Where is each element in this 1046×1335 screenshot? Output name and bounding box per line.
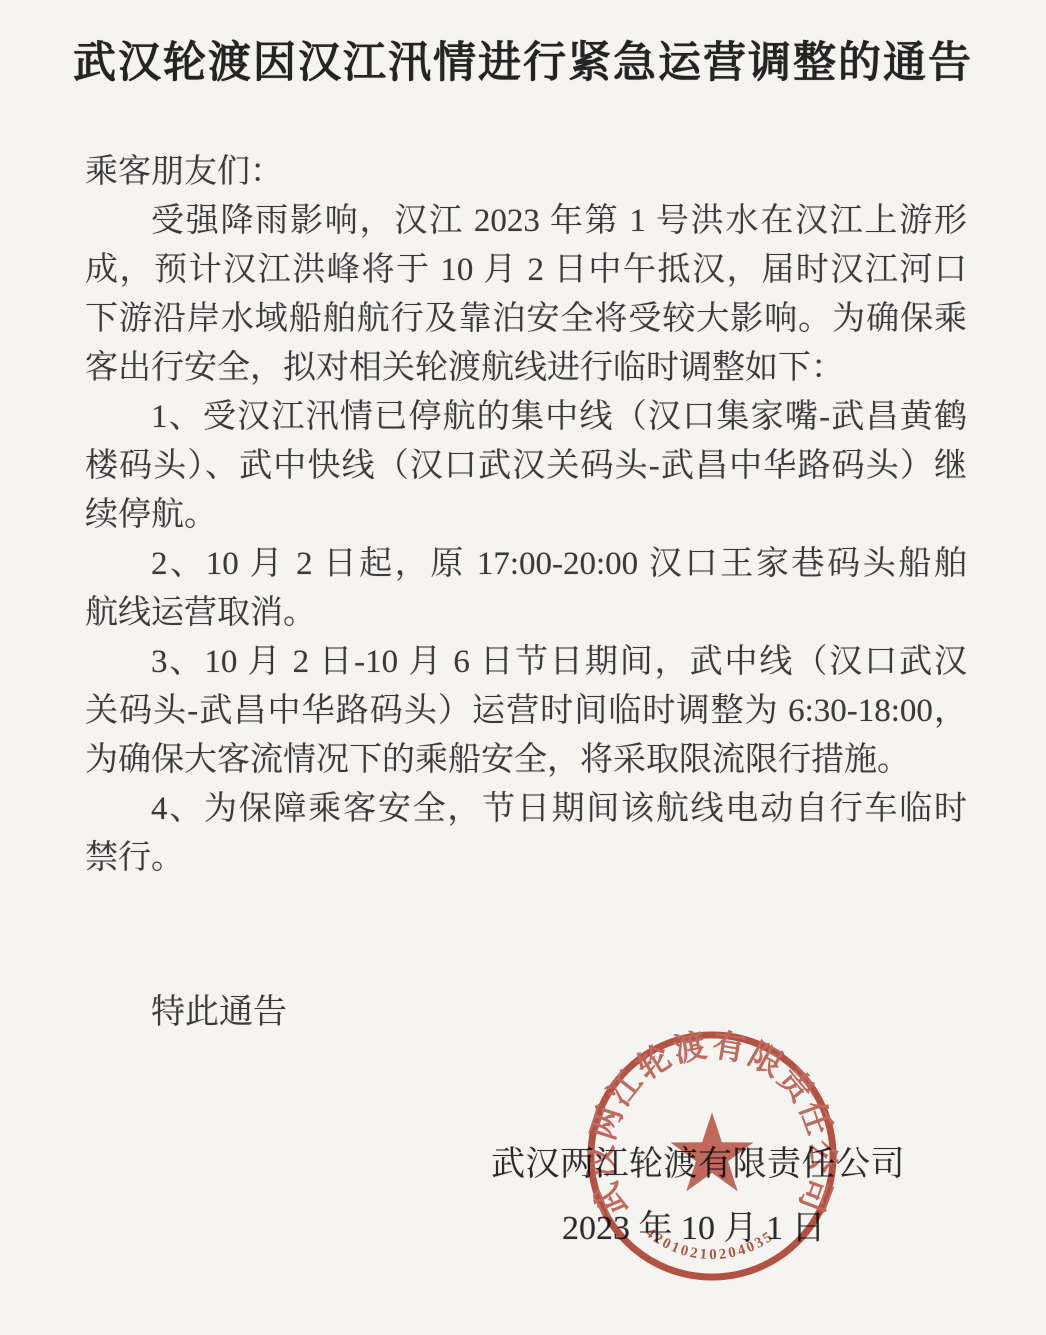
body-line: 4、为保障乘客安全，节日期间该航线电动自行车临时 <box>85 785 967 834</box>
body-line: 航线运营取消。 <box>85 589 967 638</box>
body-line: 禁行。 <box>85 834 967 883</box>
body-line: 为确保大客流情况下的乘船安全，将采取限流限行措施。 <box>85 736 967 785</box>
body-line: 关码头-武昌中华路码头）运营时间临时调整为 6:30-18:00， <box>85 687 967 736</box>
salutation: 乘客朋友们： <box>85 148 967 197</box>
closing-phrase: 特此通告 <box>151 984 287 1033</box>
body-line: 续停航。 <box>85 491 967 540</box>
body-line: 3、10 月 2 日-10 月 6 日节日期间，武中线（汉口武汉 <box>85 638 967 687</box>
notice-document: 武汉轮渡因汉江汛情进行紧急运营调整的通告 乘客朋友们： 受强降雨影响，汉江 20… <box>0 0 1046 1335</box>
notice-body: 乘客朋友们： 受强降雨影响，汉江 2023 年第 1 号洪水在汉江上游形 成，预… <box>85 148 967 883</box>
body-line: 成，预计汉江洪峰将于 10 月 2 日中午抵汉，届时汉江河口 <box>85 246 967 295</box>
star-icon <box>671 1112 754 1191</box>
body-line: 客出行安全，拟对相关轮渡航线进行临时调整如下： <box>85 344 967 393</box>
body-line: 下游沿岸水域船舶航行及靠泊安全将受较大影响。为确保乘 <box>85 295 967 344</box>
body-line: 受强降雨影响，汉江 2023 年第 1 号洪水在汉江上游形 <box>85 197 967 246</box>
seal-graphic: 武汉两江轮渡有限责任公司 42010210204035 <box>583 1027 841 1285</box>
body-line: 1、受汉江汛情已停航的集中线（汉口集家嘴-武昌黄鹤 <box>85 393 967 442</box>
body-line: 楼码头）、武中快线（汉口武汉关码头-武昌中华路码头）继 <box>85 442 967 491</box>
company-seal: 武汉两江轮渡有限责任公司 42010210204035 <box>583 1027 841 1285</box>
seal-number: 42010210204035 <box>642 1225 776 1263</box>
notice-title: 武汉轮渡因汉江汛情进行紧急运营调整的通告 <box>0 38 1046 90</box>
body-line: 2、10 月 2 日起，原 17:00-20:00 汉口王家巷码头船舶 <box>85 540 967 589</box>
